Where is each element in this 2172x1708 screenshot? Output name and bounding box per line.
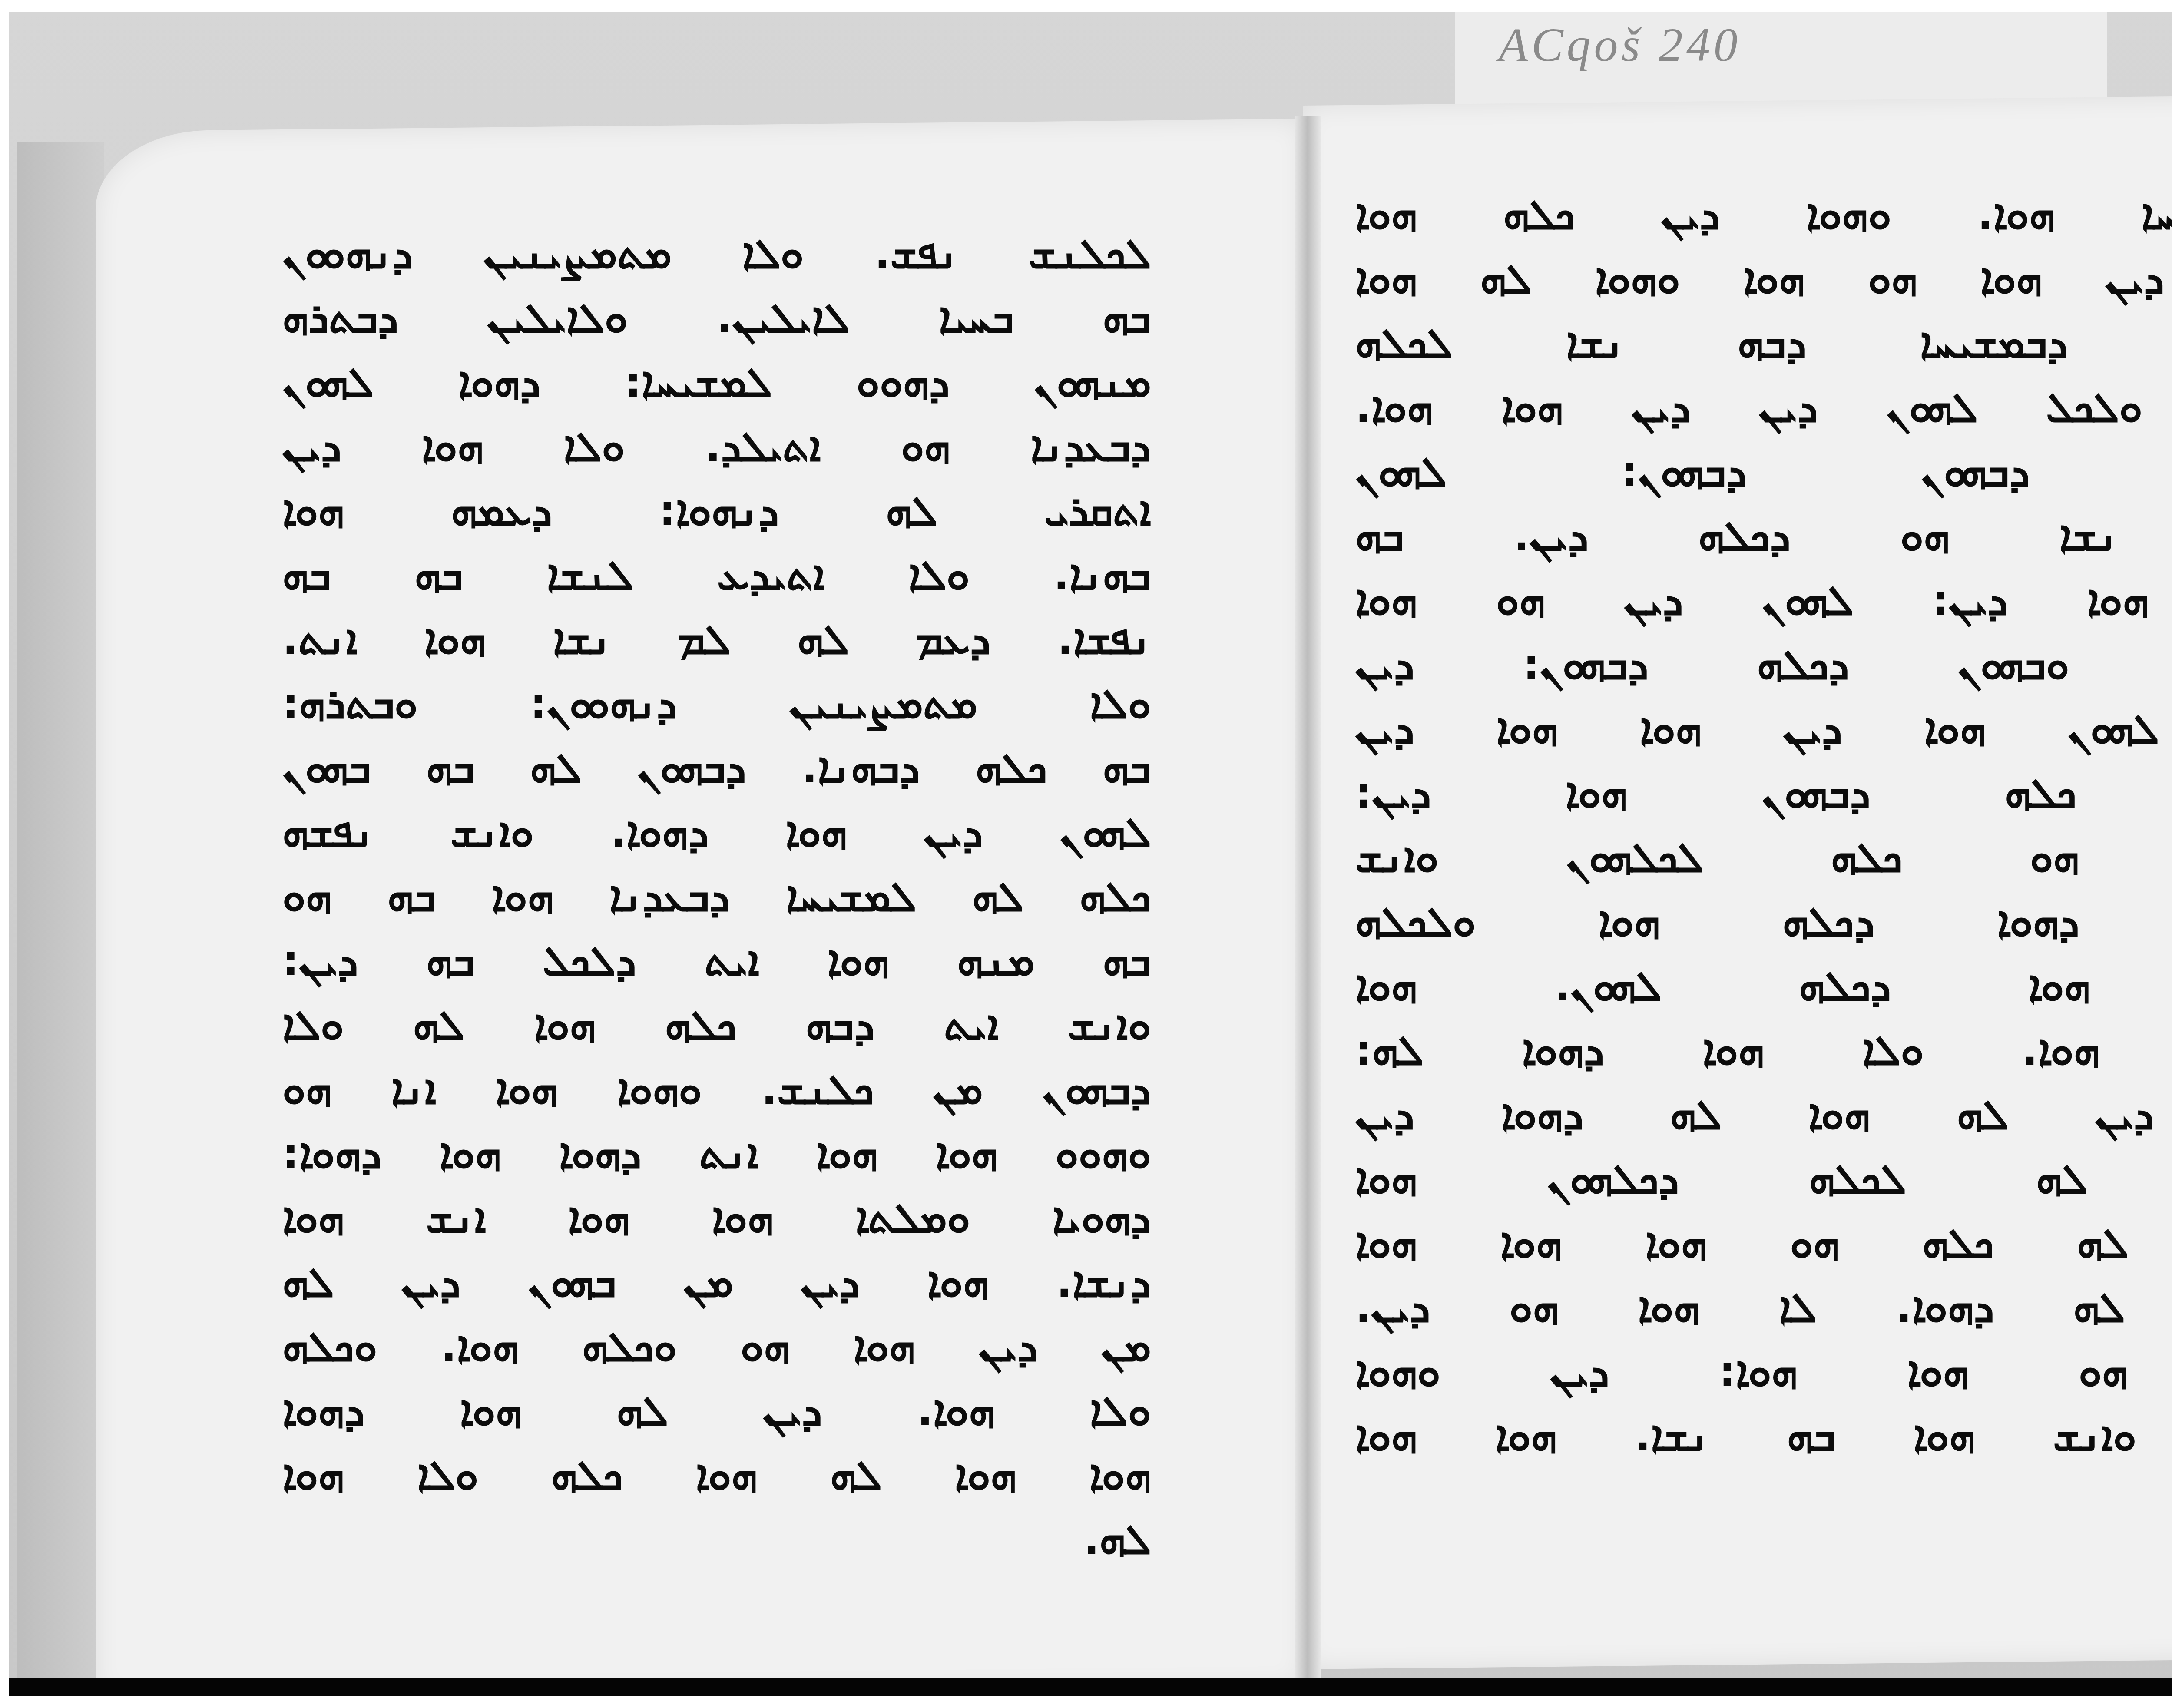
text-line: ܗܘܐ ܕܝܢ ܗܘܐ ܗܘ ܗܘܐ ܘܗܘܐ ܠܗ ܗܘܐ	[1355, 247, 2172, 311]
text-line: ܕܝܢ. ܘܐܢܫ ܗܘܐ ܒܗ ܢܫܐ. ܗܘܐ ܗܘܐ	[1355, 1404, 2172, 1468]
text-line: ܒܗܢܐ. ܘܠܐ ܐܬܝܕܥ ܠܢܫܐ ܒܗ ܒܗ	[282, 543, 1151, 607]
dark-bottom-edge	[9, 1678, 2172, 1696]
left-page-text: ܠܟܠܢܫ ܢܦܫ. ܘܠܐ ܡܬܡܨܝܢܝܢ ܕܢܗܘܘܢ ܒܗ ܒܚܝܐ ܠ…	[282, 222, 1151, 1572]
text-line: ܡܢ ܕܝܢ ܗܘܐ ܗܘ ܘܟܠܗ ܗܘܐ. ܘܟܠܗ	[282, 1314, 1151, 1379]
text-line: ܟܠܗ ܠܗ ܠܡܫܝܚܐ ܕܒܥܕܢܐ ܗܘܐ ܒܗ ܗܘ	[282, 864, 1151, 929]
text-line: ܒܗ ܕܝܢ ܠܗ ܗܘܐ ܠܗ ܕܗܘܐ ܕܝܢ	[1355, 1082, 2172, 1147]
final-text-line: ܘܠܗܘܢ	[1355, 1468, 2172, 1533]
text-line: ܗܘܐ ܢܫܐ ܗܘ ܕܟܠܗ ܕܝܢ. ܒܗ	[1355, 504, 2172, 568]
text-line: ܕܒܗܘܢ ܡܢ ܟܠܢܫ. ܘܗܘܐ ܗܘܐ ܐܢܐ ܗܘ	[282, 1057, 1151, 1122]
text-line: ܠܗܘܢ ܕܝܢ ܗܘܐ ܕܗܘܐ. ܘܐܢܫ ܢܦܫܗ	[282, 800, 1151, 864]
text-line: ܘܗܘܐ ܠܗ ܕܗܘܐ. ܠܐ ܗܘܐ ܗܘ ܕܝܢ.	[1355, 1275, 2172, 1340]
text-line: ܡܢܗܘܢ ܕܗܘܘ ܠܡܫܝܚܐ: ܕܗܘܐ ܠܗܘܢ	[282, 350, 1151, 414]
text-line: ܘܠܐ ܡܬܡܨܝܢܝܢ ܕܢܗܘܘܢ: ܘܒܬܪܗ:	[282, 672, 1151, 736]
text-line: ܟܠܗ. ܕܗܘܐ ܕܟܠܗ ܗܘܐ ܘܠܟܠܗ	[1355, 890, 2172, 954]
text-line: ܕܗܘܝܐ ܘܡܠܬܐ ܗܘܐ ܗܘܐ ܐܢܫ ܗܘܐ	[282, 1186, 1151, 1250]
text-line: ܗܘܐ ܗܘܐ ܕܝܢ: ܠܗܘܢ ܕܝܢ ܗܘ ܗܘܐ	[1355, 568, 2172, 632]
text-line: ܗܘܐ. ܠܗ ܟܠܗ ܗܘ ܗܘܐ ܗܘܐ ܗܘܐ	[1355, 1211, 2172, 1275]
text-line: ܗܘܐ ܗܘܐ ܠܗ ܗܘܐ ܟܠܗ ܘܠܐ ܗܘܐ	[282, 1443, 1151, 1507]
text-line: ܘܗܘܘ ܗܘܐ ܗܘܐ ܐܢܬ ܕܗܘܐ ܗܘܐ ܕܗܘܐ:	[282, 1122, 1151, 1186]
text-line: ܘܒܗܘܢ ܘܒܗܘܢ ܕܟܠܗ ܕܒܗܘܢ: ܕܝܢ	[1355, 632, 2172, 697]
text-line: ܕܢܫܐ. ܗܘܐ ܕܝܢ ܡܢ ܒܗܘܢ ܕܝܢ ܠܗ	[282, 1250, 1151, 1314]
text-line: ܘܠܐ ܗܘܐ. ܕܝܢ ܠܗ ܗܘܐ ܕܗܘܐ	[282, 1379, 1151, 1443]
text-line: ܠܟܠܢܫ ܢܦܫ. ܘܠܐ ܡܬܡܨܝܢܝܢ ܕܢܗܘܘܢ	[282, 222, 1151, 286]
text-line: ܒܗ ܠܗܘܢ ܗܘܐ ܕܝܢ ܗܘܐ ܗܘܐ ܕܝܢ	[1355, 697, 2172, 761]
text-line: ܘܐܢܫ ܐܝܬ ܕܒܗ ܟܠܗ ܗܘܐ ܠܗ ܘܠܐ	[282, 993, 1151, 1057]
text-line: ܕܒܥܕܢܐ ܗܘ ܐܬܝܠܕ. ܘܠܐ ܗܘܐ ܕܝܢ	[282, 414, 1151, 479]
text-line: ܗܘܐ ܗܘܐ ܕܟܠܗ ܠܗܘܢ. ܗܘܐ	[1355, 954, 2172, 1018]
text-line: ܐܬܩܪܝ ܠܗ ܕܢܗܘܐ: ܕܥܡܗ ܗܘܐ	[282, 479, 1151, 543]
shelf-mark: ACqoš 240	[1499, 17, 1741, 73]
text-line: ܒܗ ܡܢܗ ܗܘܐ ܐܝܬ ܕܠܟܠ ܒܗ ܕܝܢ:	[282, 929, 1151, 993]
text-line: ܠܗܘܢ: ܕܒܡܫܝܚܐ ܕܒܗ ܢܫܐ ܠܟܠܗ	[1355, 311, 2172, 375]
right-page-text: ܕܒܡܫܝܚܐ ܗܘܐ. ܘܗܘܐ ܕܝܢ ܟܠܗ ܗܘܐ ܗܘܐ ܕܝܢ ܗܘ…	[1355, 182, 2172, 1533]
text-line: ܒܗ ܒܚܝܐ ܠܐܝܠܝܢ. ܘܠܐܝܠܝܢ ܕܒܬܪܗ	[282, 286, 1151, 350]
table-surface	[17, 142, 104, 1689]
text-line: ܗܘܐ: ܟܠܗ ܕܒܗܘܢ ܗܘܐ ܕܝܢ:	[1355, 761, 2172, 825]
text-line: ܗܘܐ: ܘܠܟܠ ܠܗܘܢ ܕܝܢ ܕܝܢ ܗܘܐ ܗܘܐ.	[1355, 375, 2172, 440]
text-line: ܠܗܘܢ ܗܘܐ. ܘܠܐ ܗܘܐ ܕܗܘܐ ܠܗ:	[1355, 1018, 2172, 1082]
text-line: ܕܒܡܫܝܚܐ ܗܘܐ. ܘܗܘܐ ܕܝܢ ܟܠܗ ܗܘܐ	[1355, 182, 2172, 247]
text-line: ܘܗܘܐ ܕܒܗܘܢ ܕܒܗܘܢ: ܠܗܘܢ	[1355, 440, 2172, 504]
book-gutter	[1295, 116, 1321, 1696]
text-line: ܒܗ ܟܠܗ ܕܒܗܢܐ. ܕܒܗܘܢ ܠܗ ܒܗ ܒܗܘܢ	[282, 736, 1151, 800]
text-line: ܟܠܗ ܠܗ ܠܟܠܗ ܕܟܠܗܘܢ ܗܘܐ	[1355, 1147, 2172, 1211]
text-line: ܠܗ ܗܘ ܗܘܐ ܗܘܐ: ܕܝܢ ܘܗܘܐ	[1355, 1340, 2172, 1404]
text-line: ܢܦܫܐ. ܕܥܡ ܠܗ ܠܡ ܢܫܐ ܗܘܐ ܐܢܬ.	[282, 607, 1151, 672]
final-text-line: ܠܗ.	[282, 1507, 1151, 1572]
text-line: ܘܕܝܢ ܗܘ ܟܠܗ ܠܟܠܗܘܢ ܘܐܢܫ	[1355, 825, 2172, 890]
